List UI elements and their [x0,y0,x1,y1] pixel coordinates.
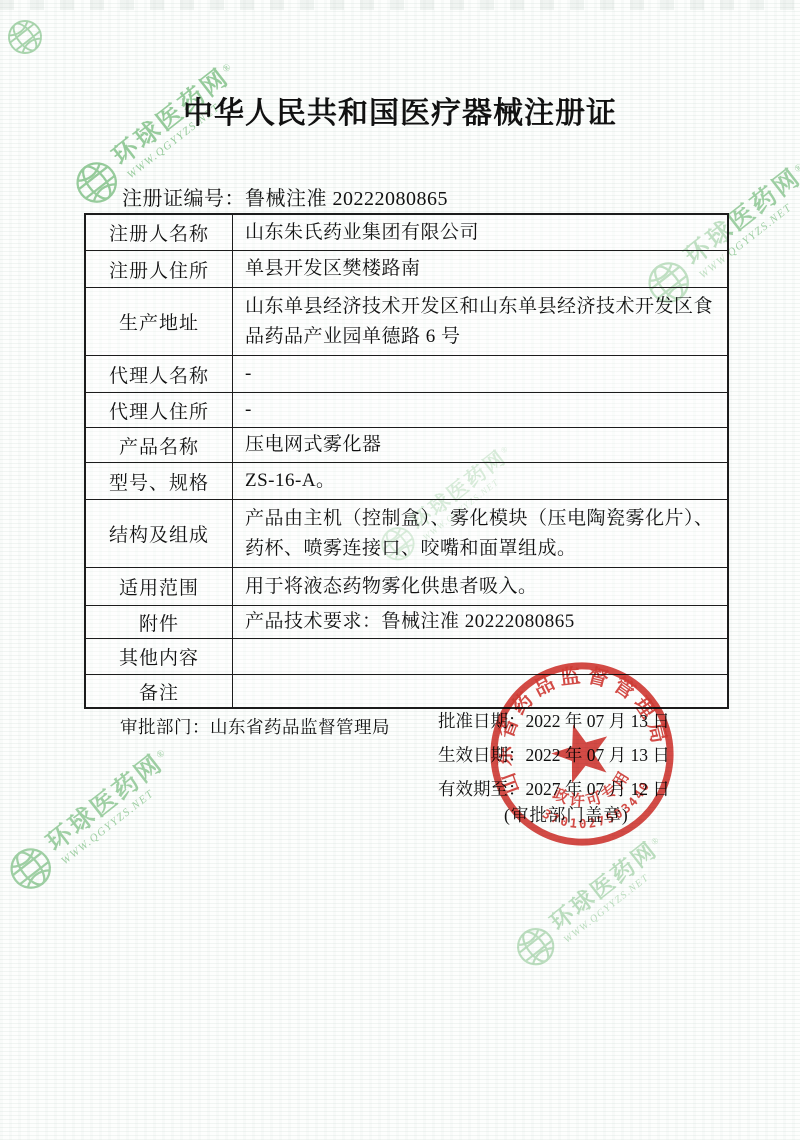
row-value: - [233,356,727,392]
table-row: 生产地址 山东单县经济技术开发区和山东单县经济技术开发区食品药品产业园单德路 6… [86,287,727,355]
registered-mark: ® [221,60,236,75]
approval-department-line: 审批部门：山东省药品监督管理局 [120,714,390,739]
table-row: 备注 [86,674,727,707]
date-block: 批准日期：2022 年 07 月 13 日 生效日期：2022 年 07 月 1… [438,708,670,810]
row-value: 压电网式雾化器 [233,428,727,462]
registered-mark: ® [650,834,664,848]
certificate-title: 中华人民共和国医疗器械注册证 [0,88,800,132]
row-value: ZS-16-A。 [233,463,727,499]
registration-number-line: 注册证编号：鲁械注准 20222080865 [122,182,448,211]
row-label: 其他内容 [86,639,233,674]
row-label: 产品名称 [86,428,233,462]
table-row: 注册人名称 山东朱氏药业集团有限公司 [86,215,727,250]
effective-date-line: 生效日期：2022 年 07 月 13 日 [438,742,670,776]
table-row: 结构及组成 产品由主机（控制盒）、雾化模块（压电陶瓷雾化片）、药杯、喷雾连接口、… [86,499,727,567]
certificate-table: 注册人名称 山东朱氏药业集团有限公司 注册人住所 单县开发区樊楼路南 生产地址 … [84,213,729,709]
approval-department-value: 山东省药品监督管理局 [210,717,390,737]
row-value: 山东朱氏药业集团有限公司 [233,215,727,250]
row-label: 代理人名称 [86,356,233,392]
watermark-url: WWW.QGYYZS.NET [60,766,186,868]
row-label: 结构及组成 [86,500,233,567]
watermark: 环球医药网® WWW.QGYYZS.NET [507,829,678,975]
table-row: 注册人住所 单县开发区樊楼路南 [86,250,727,287]
registered-mark: ® [155,746,170,761]
table-row: 型号、规格 ZS-16-A。 [86,462,727,499]
table-row: 附件 产品技术要求：鲁械注准 20222080865 [86,605,727,638]
watermark-name: 环球医药网® [547,832,671,936]
row-value: - [233,393,727,427]
table-row: 其他内容 [86,638,727,674]
row-label: 代理人住所 [86,393,233,427]
row-label: 型号、规格 [86,463,233,499]
row-label: 备注 [86,675,233,707]
globe-icon [0,11,51,63]
row-label: 生产地址 [86,288,233,355]
row-label: 附件 [86,606,233,638]
globe-icon [507,918,564,975]
seal-note: (审批部门盖章) [504,802,629,827]
row-label: 注册人名称 [86,215,233,250]
globe-icon [66,152,128,214]
table-row: 适用范围 用于将液态药物雾化供患者吸入。 [86,567,727,605]
row-value: 单县开发区樊楼路南 [233,251,727,287]
watermark-url: WWW.QGYYZS.NET [563,852,679,946]
certificate-page: 环球医药网® WWW.QGYYZS.NET 环球医药网® WWW.QGYYZS.… [0,0,800,1140]
table-row: 代理人住所 - [86,392,727,427]
approval-date-line: 批准日期：2022 年 07 月 13 日 [438,708,670,742]
watermark-name: 环球医药网® [43,744,178,857]
registered-mark: ® [793,160,800,175]
watermark [0,11,51,63]
registration-number-value: 鲁械注准 20222080865 [245,188,448,210]
row-value: 山东单县经济技术开发区和山东单县经济技术开发区食品药品产业园单德路 6 号 [233,288,727,355]
row-value [233,675,727,707]
row-label: 注册人住所 [86,251,233,287]
row-label: 适用范围 [86,568,233,605]
row-value: 用于将液态药物雾化供患者吸入。 [233,568,727,605]
table-row: 代理人名称 - [86,355,727,392]
watermark: 环球医药网® WWW.QGYYZS.NET [0,741,186,900]
row-value [233,639,727,674]
row-value: 产品由主机（控制盒）、雾化模块（压电陶瓷雾化片）、药杯、喷雾连接口、咬嘴和面罩组… [233,500,727,567]
globe-icon [0,838,62,900]
row-value: 产品技术要求：鲁械注准 20222080865 [233,606,727,638]
registration-number-label: 注册证编号： [122,188,245,210]
approval-department-label: 审批部门： [120,717,210,737]
table-row: 产品名称 压电网式雾化器 [86,427,727,462]
